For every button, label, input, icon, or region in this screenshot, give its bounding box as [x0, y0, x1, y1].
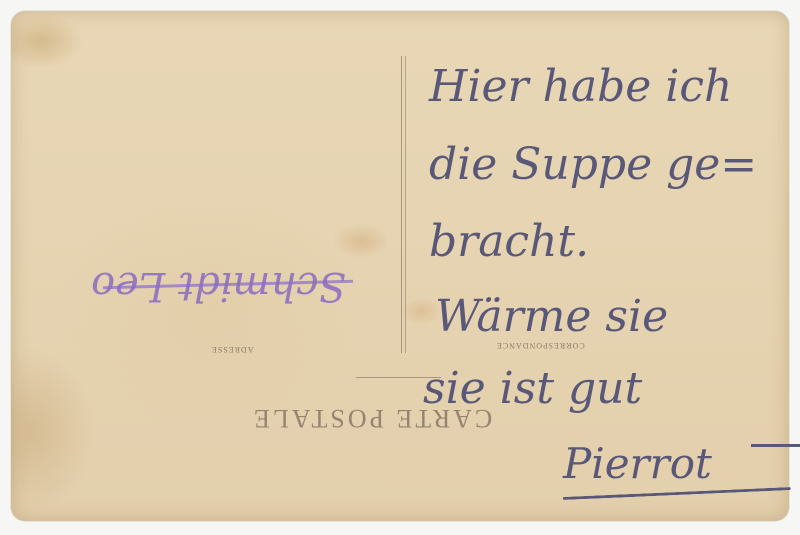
postcard: CARTE POSTALE CORRESPONDANCE ADRESSE Sch… — [11, 11, 789, 521]
printed-label-adresse: ADRESSE — [211, 345, 254, 354]
signature-underline — [563, 487, 791, 500]
message-line-4: Wärme sie — [435, 291, 668, 342]
address-handwriting: Schmidt Leo — [91, 263, 346, 309]
signature: Pierrot — [563, 439, 712, 488]
message-line-1: Hier habe ich — [429, 61, 732, 112]
message-line-5: sie ist gut — [423, 363, 642, 414]
printed-label-correspondance: CORRESPONDANCE — [496, 341, 585, 350]
message-line-2: die Suppe ge= — [429, 139, 757, 190]
signature-flourish — [751, 444, 800, 447]
vertical-divider-line — [401, 56, 406, 353]
message-line-3: bracht. — [429, 216, 589, 267]
